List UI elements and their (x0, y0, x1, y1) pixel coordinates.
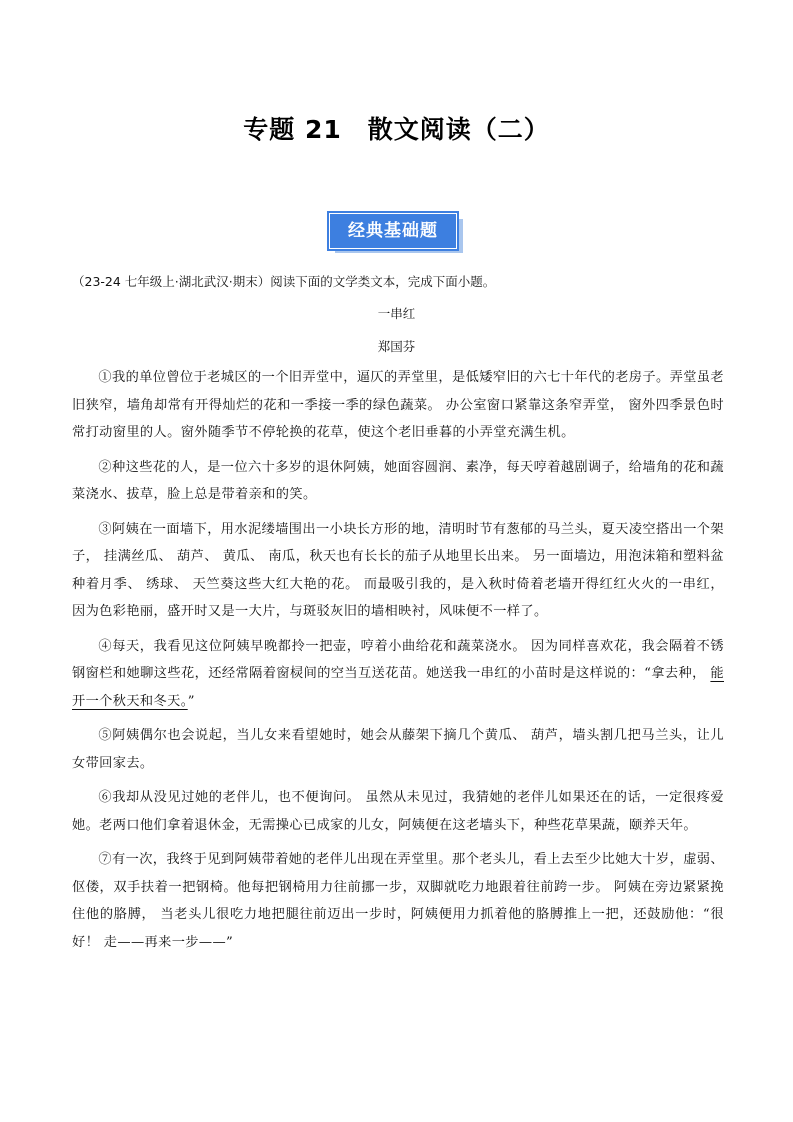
paragraph-5: ⑤阿姨偶尔也会说起，当儿女来看望她时，她会从藤架下摘几个黄瓜、 葫芦，墙头割几把… (72, 722, 724, 777)
section-badge-label: 经典基础题 (329, 213, 457, 249)
paragraph-4-text: ④每天，我看见这位阿姨早晚都拎一把壶，哼着小曲给花和蔬菜浇水。 因为同样喜欢花，… (72, 639, 724, 682)
paragraph-1: ①我的单位曾位于老城区的一个旧弄堂中，逼仄的弄堂里，是低矮窄旧的六七十年代的老房… (72, 364, 724, 447)
essay-author: 郑国芬 (0, 337, 793, 355)
question-prompt: （23-24 七年级上·湖北武汉·期末）阅读下面的文学类文本，完成下面小题。 (72, 272, 495, 290)
paragraph-2: ②种这些花的人，是一位六十多岁的退休阿姨，她面容圆润、素净，每天哼着越剧调子，给… (72, 454, 724, 509)
paragraph-6: ⑥我却从没见过她的老伴儿，也不便询问。 虽然从未见过，我猜她的老伴儿如果还在的话… (72, 784, 724, 839)
essay-body: ①我的单位曾位于老城区的一个旧弄堂中，逼仄的弄堂里，是低矮窄旧的六七十年代的老房… (72, 364, 724, 963)
question-instruction: 阅读下面的文学类文本，完成下面小题。 (270, 274, 495, 289)
paragraph-7: ⑦有一次，我终于见到阿姨带着她的老伴儿出现在弄堂里。那个老头儿，看上去至少比她大… (72, 846, 724, 956)
paragraph-4: ④每天，我看见这位阿姨早晚都拎一把壶，哼着小曲给花和蔬菜浇水。 因为同样喜欢花，… (72, 633, 724, 716)
page-title: 专题 21散文阅读（二） (0, 110, 793, 146)
paragraph-4-closing: ” (188, 694, 195, 709)
question-source: （23-24 七年级上·湖北武汉·期末） (72, 274, 270, 289)
page-title-topic: 散文阅读（二） (368, 115, 550, 144)
essay-title: 一串红 (0, 304, 793, 322)
paragraph-3: ③阿姨在一面墙下，用水泥缕墙围出一小块长方形的地，清明时节有葱郁的马兰头，夏天凌… (72, 516, 724, 626)
section-badge: 经典基础题 (329, 213, 469, 255)
page-title-number: 专题 21 (243, 115, 342, 144)
